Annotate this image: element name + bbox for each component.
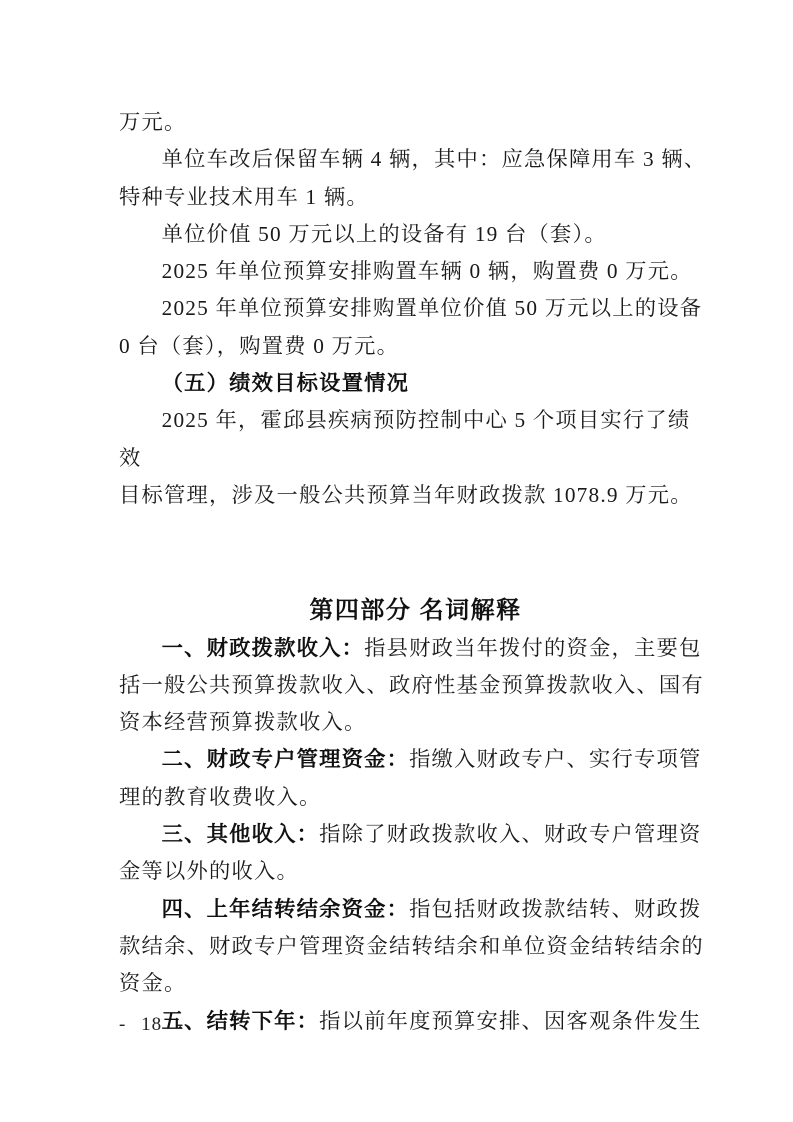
term-5-text: 指以前年度预算安排、因客观条件发生 <box>319 1009 701 1033</box>
term-1-name: 一、财政拨款收入： <box>162 636 364 660</box>
paragraph-vehicle-purchase-budget: 2025 年单位预算安排购置车辆 0 辆，购置费 0 万元。 <box>119 253 712 290</box>
paragraph-equipment-purchase-budget: 2025 年单位预算安排购置单位价值 50 万元以上的设备 0 台（套），购置费… <box>119 290 712 365</box>
term-4-name: 四、上年结转结余资金： <box>162 897 409 921</box>
term-definition-4: 四、上年结转结余资金：指包括财政拨款结转、财政拨 款结余、财政专户管理资金结转结… <box>119 891 712 1003</box>
paragraph-equipment-over-500k: 单位价值 50 万元以上的设备有 19 台（套）。 <box>119 216 712 253</box>
term-5-name: 五、结转下年： <box>162 1009 319 1033</box>
part4-heading: 第四部分 名词解释 <box>119 592 712 629</box>
page-number: - 18 - <box>119 1013 184 1037</box>
term-definition-5: 五、结转下年：指以前年度预算安排、因客观条件发生 <box>119 1003 712 1040</box>
paragraph-performance-management: 2025 年，霍邱县疾病预防控制中心 5 个项目实行了绩效 目标管理，涉及一般公… <box>119 402 712 514</box>
term-definition-1: 一、财政拨款收入：指县财政当年拨付的资金，主要包 括一般公共预算拨款收入、政府性… <box>119 630 712 742</box>
term-2-name: 二、财政专户管理资金： <box>162 747 409 771</box>
document-page: 万元。 单位车改后保留车辆 4 辆，其中：应急保障用车 3 辆、 特种专业技术用… <box>0 0 793 1122</box>
paragraph-carryover: 万元。 <box>119 104 712 141</box>
page-body: 万元。 单位车改后保留车辆 4 辆，其中：应急保障用车 3 辆、 特种专业技术用… <box>119 104 712 1040</box>
term-definition-3: 三、其他收入：指除了财政拨款收入、财政专户管理资 金等以外的收入。 <box>119 816 712 891</box>
paragraph-retained-vehicles: 单位车改后保留车辆 4 辆，其中：应急保障用车 3 辆、 特种专业技术用车 1 … <box>119 141 712 216</box>
subsection-heading-performance-targets: （五）绩效目标设置情况 <box>119 365 712 402</box>
term-3-name: 三、其他收入： <box>162 822 319 846</box>
term-definition-2: 二、财政专户管理资金：指缴入财政专户、实行专项管 理的教育收费收入。 <box>119 741 712 816</box>
